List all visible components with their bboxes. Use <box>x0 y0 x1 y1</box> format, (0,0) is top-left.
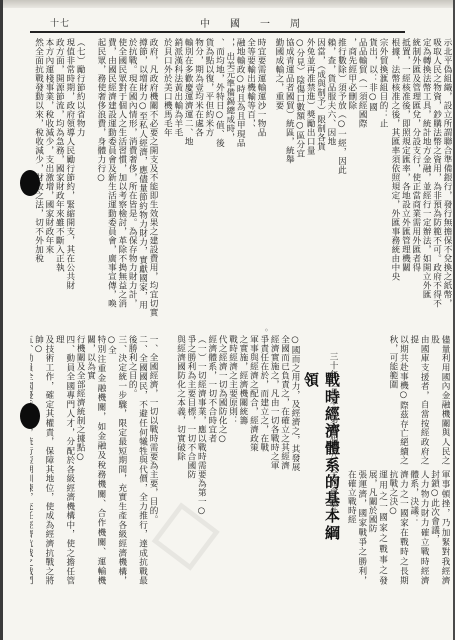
list-item: 四、動員全國專門人才，分配於各級經濟機構中，使之擔任管理 <box>54 335 75 585</box>
text-column: 抵置，一經核准後，即照規定匯率，各地設立外匯管理機關 <box>400 38 410 328</box>
upper-left-text: 政府，凡政府機關不必要之開支及不能即生效果之建設費用，均宜切實 撙節，以增財力○… <box>30 38 158 328</box>
text-column: 於貝口外於美口機馬毛年 <box>162 38 172 328</box>
text-column: 人力物力財力確立戰時經濟體系，決議： <box>408 470 429 585</box>
upper-right-middle-text: 宗外貿換滙組目的：止 貨出，以：非○國 品品輸貿（一須經國際 ，商先經甲必刪除 … <box>270 38 388 328</box>
text-column: 撙節，以增財力○至私人經濟，應儘量節約物力財力，實獻國家，用 <box>137 38 147 328</box>
text-column: 品品輸貿（一須經國際 <box>357 38 367 328</box>
paragraph-gap <box>85 38 95 328</box>
running-header: 十七 中國一周 <box>30 14 410 30</box>
text-column: 運用之一國家之戰事之發展，凡關於國防 <box>367 470 388 585</box>
dateline-text: 三十年三月本黨第五屆第八次全體會議在 <box>328 352 338 552</box>
text-column: 示北平偽組織，設立所謂聯合準備銀行，發行無擔保不兌換之紙幣， <box>442 38 452 328</box>
text-column: 定為轉換法幣工具，統計地方金融，並經行一定辦法，如開立外匯 <box>421 38 431 328</box>
page-number: 十七 <box>50 16 70 29</box>
lower-right-body: 軍事頓挫，乃加緊對我經濟封鎖○此次會議， 人力物力財力確立戰時經濟體系，決議： … <box>340 470 450 585</box>
text-column: 賴，查，貨品服夫六、因地 <box>326 38 336 328</box>
text-column: 宗外貿換滙組目的：止 <box>378 38 388 328</box>
center-mark: ◦ <box>264 326 269 335</box>
text-column: 、而均地，外特日○值、後 <box>214 38 224 328</box>
text-column: 協成青運品者國貿）統區，統舉 <box>284 38 294 328</box>
list-item: 二、全國國民，不避任何犧牲與代價，全力推行，達成抗戰最後勝利之目的。 <box>127 335 148 585</box>
text-column: 政府，凡政府機關不必要之開支及不能即生效果之建設費用，均宜切實 <box>148 38 158 328</box>
list-item: 五、動員全國優秀青年，統行短期訓練，充任經濟抗戰之戰鬥員 <box>30 335 33 585</box>
text-column: 貨為點以復，平但約米方 <box>204 38 214 328</box>
text-column: 統制外匯及管理匯兌，分設支行，使正當商業需用外匯者得 <box>410 38 420 328</box>
text-column: ，，出美元準備錫總成時， <box>224 38 234 328</box>
header-rule <box>30 31 405 33</box>
text-column: ，商先經甲必刪除 <box>346 38 356 328</box>
text-column: 儘量利用國內金融機關與人民之股 <box>429 335 450 465</box>
list-item: 行機關及全部經濟統制之據點○ <box>75 335 85 585</box>
lower-left-text: 一、全國經濟，一切以戰時需要為主要，目的。 二、全國國民，不避任何犧牲與代價，全… <box>30 335 158 585</box>
text-column: 本方內運棧事業，稅收減少，支出激增，國家財政年來 <box>44 38 54 328</box>
list-item: 三、決定統一步驟，限定最短期間，充實生產各級經濟機構，○全 <box>106 335 127 585</box>
text-column: ○分見）陰傷口數額○區分宜 <box>294 38 304 328</box>
text-column: 物分，期為壹均米在處各 <box>193 38 203 328</box>
punch-hole-lower <box>20 403 40 429</box>
punch-hole-upper <box>20 170 40 196</box>
text-column: 輸別在多歡慶運濟運二、地 <box>183 38 193 328</box>
text-column: 以期共赴事機○際茲存亡絕續之秋，可能範圍 <box>390 335 408 465</box>
list-item: 及技術工作，確定其權責，保障其地位，使成為經濟抗戰之將帥○ <box>33 335 54 585</box>
text-column: 政方面，開源節流，均為急務，國家財政年來雖不斷入正執 <box>54 38 64 328</box>
text-column: 使全國民眾對于個人之生活習慣，加以考察檢討，革除不搗無益之消 <box>116 38 126 328</box>
text-column: 勤國成輸之，重要 <box>274 38 284 328</box>
text-column: 軍事頓挫，乃加緊對我經濟封鎖○此次會議， <box>429 470 450 585</box>
text-column: 起民眾，務使奢侈浪費，身體力行○ <box>96 38 106 328</box>
text-column: 現值非常時期，政府領導人民勵行節約，緊縮開支，其在公共財 <box>64 38 74 328</box>
page-top-edge <box>0 0 455 8</box>
text-column: 推行數除）須予放（○一經，因此 <box>336 38 346 328</box>
text-column: 費，由國民經濟建設運動委員會及新生活運動委員會，廣事宣傳，喚 <box>106 38 116 328</box>
text-column: 時宜要需運輸運沙一物品 <box>256 38 266 328</box>
text-column: 由國庫支援者，自當按經政府之提 <box>408 335 429 465</box>
list-item: 特別注重金融機關，如金融及稅務機關、合作機關、運輸機關，以為實 <box>85 335 106 585</box>
scanned-page: 十七 中國一周 示北平偽組織，設立所謂聯合準備銀行，發行無擔保不兌換之紙幣， 吸… <box>0 0 455 640</box>
text-column: 全等要輸出機輸等百，、 <box>245 38 255 328</box>
text-column: 貨出，以：非○國 <box>367 38 377 328</box>
lower-right-text: 儘量利用國內金融機關與人民之股 由國庫支援者，自當按經政府之提 以期共赴事機○際… <box>390 335 450 465</box>
text-column: 於抗戰。現在國內情形，消費奢侈，所在皆是。為保存物力財力計， <box>127 38 137 328</box>
text-column: 濟力之一國家在戰時之長期抗戰之決○ <box>388 470 409 585</box>
text-column: 融地輸政○時且為且甲現品 <box>235 38 245 328</box>
section-heading: （七）勵行節約以省物力 <box>75 38 85 328</box>
publication-title: 中國一周 <box>200 15 320 30</box>
article-dateline: 三十年三月本黨第五屆第八次全體會議在 <box>326 352 338 552</box>
text-column: 根據，法幣核准之後，其匯率須依照規定，外匯事務統由中央 <box>392 38 400 328</box>
text-column: 外免並再准禁進）獎勵出口量 <box>305 38 315 328</box>
page-left-edge <box>0 0 3 640</box>
upper-far-right-text: 示北平偽組織，設立所謂聯合準備銀行，發行無擔保不兌換之紙幣， 吸取人民之物資，鈔… <box>392 38 452 328</box>
text-column: 吸取人民之物資，鈔購法幣之資用，為非預為防範不可。政府不得不 <box>431 38 441 328</box>
text-column: 銷派漢科法黃出輸為羊毛 <box>172 38 182 328</box>
text-column: 因當，（成與制予）限制各貨 <box>315 38 325 328</box>
upper-center-text: 時宜要需運輸運沙一物品 全等要輸出機輸等百，、 融地輸政○時且為且甲現品 ，，出… <box>162 38 266 328</box>
library-watermark: ◇ <box>143 459 327 592</box>
text-column: 張運濟，國家戰爭之勝利，在確立戰時經 <box>346 470 367 585</box>
